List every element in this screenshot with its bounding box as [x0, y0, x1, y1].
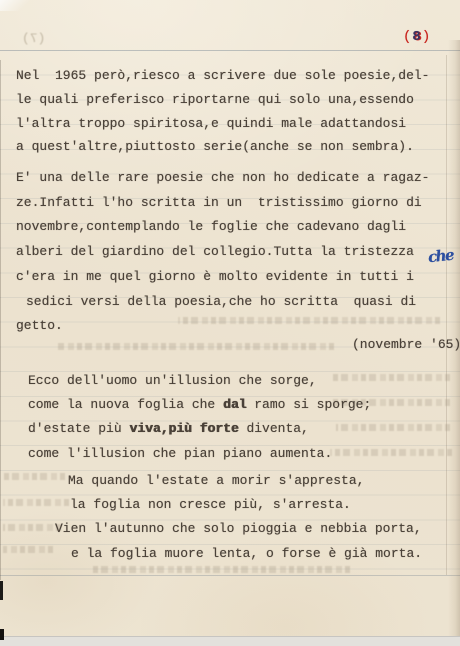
poem-stanza-2: Ma quando l'estate a morir s'appresta, l… — [0, 469, 422, 566]
date-annotation: (novembre '65) — [352, 337, 460, 352]
typewritten-line: Nel 1965 però,riesco a scrivere due sole… — [16, 64, 429, 88]
typewritten-line: l'altra troppo spiritosa,e quindi male a… — [16, 112, 429, 136]
typewritten-line: alberi del giardino del collegio.Tutta l… — [16, 240, 429, 265]
page-number: (8) — [403, 29, 431, 45]
scan-edge-nick — [0, 581, 3, 600]
paragraph-1: Nel 1965 però,riesco a scrivere due sole… — [16, 64, 429, 159]
scan-corner-highlight — [0, 0, 30, 11]
typewritten-line: ze.Infatti l'ho scritta in un tristissim… — [16, 191, 429, 216]
bleed-through-page-number: (7) — [22, 31, 45, 46]
typewritten-line: le quali preferisco riportarne qui solo … — [16, 88, 429, 112]
document-page: (7) (8) Nel 1965 però,riesco a scrivere … — [0, 0, 460, 646]
typewritten-line: novembre,contemplando le foglie che cade… — [16, 215, 429, 240]
ruled-line — [0, 575, 460, 576]
ruled-line — [0, 50, 460, 51]
poem-line: Vien l'autunno che solo pioggia e nebbia… — [55, 517, 422, 541]
poem-line: come l'illusion che pian piano aumenta. — [28, 442, 371, 466]
paper-edge-line — [446, 55, 447, 575]
typewritten-line: getto. — [16, 314, 429, 339]
page-number-paren: ( — [403, 29, 412, 45]
poem-line: Ma quando l'estate a morir s'appresta, — [68, 469, 422, 493]
poem-line: Ecco dell'uomo un'illusion che sorge, — [28, 369, 371, 393]
scan-edge-nick — [0, 629, 4, 640]
bleed-through-artifact — [58, 343, 334, 350]
typewritten-line: a quest'altre,piuttosto serie(anche se n… — [16, 135, 429, 159]
page-number-digit: 8 — [412, 29, 421, 45]
scan-background-strip — [0, 636, 460, 646]
bleed-through-artifact — [92, 566, 350, 573]
typewritten-line: c'era in me quel giorno è molto evidente… — [16, 265, 429, 290]
poem-line: la foglia non cresce più, s'arresta. — [70, 493, 422, 517]
poem-line: e la foglia muore lenta, o forse è già m… — [71, 542, 422, 566]
poem-line: d'estate più viva,più forte diventa, — [28, 417, 371, 441]
page-number-paren: ) — [422, 29, 431, 45]
handwritten-insertion-che: che — [427, 246, 454, 267]
poem-line: come la nuova foglia che dal ramo si spo… — [28, 393, 371, 417]
paragraph-2: E' una delle rare poesie che non ho dedi… — [16, 166, 429, 339]
poem-stanza-1: Ecco dell'uomo un'illusion che sorge, co… — [28, 369, 371, 466]
typewritten-line: E' una delle rare poesie che non ho dedi… — [16, 166, 429, 191]
typewritten-line: sedici versi della poesia,che ho scritta… — [16, 290, 429, 315]
